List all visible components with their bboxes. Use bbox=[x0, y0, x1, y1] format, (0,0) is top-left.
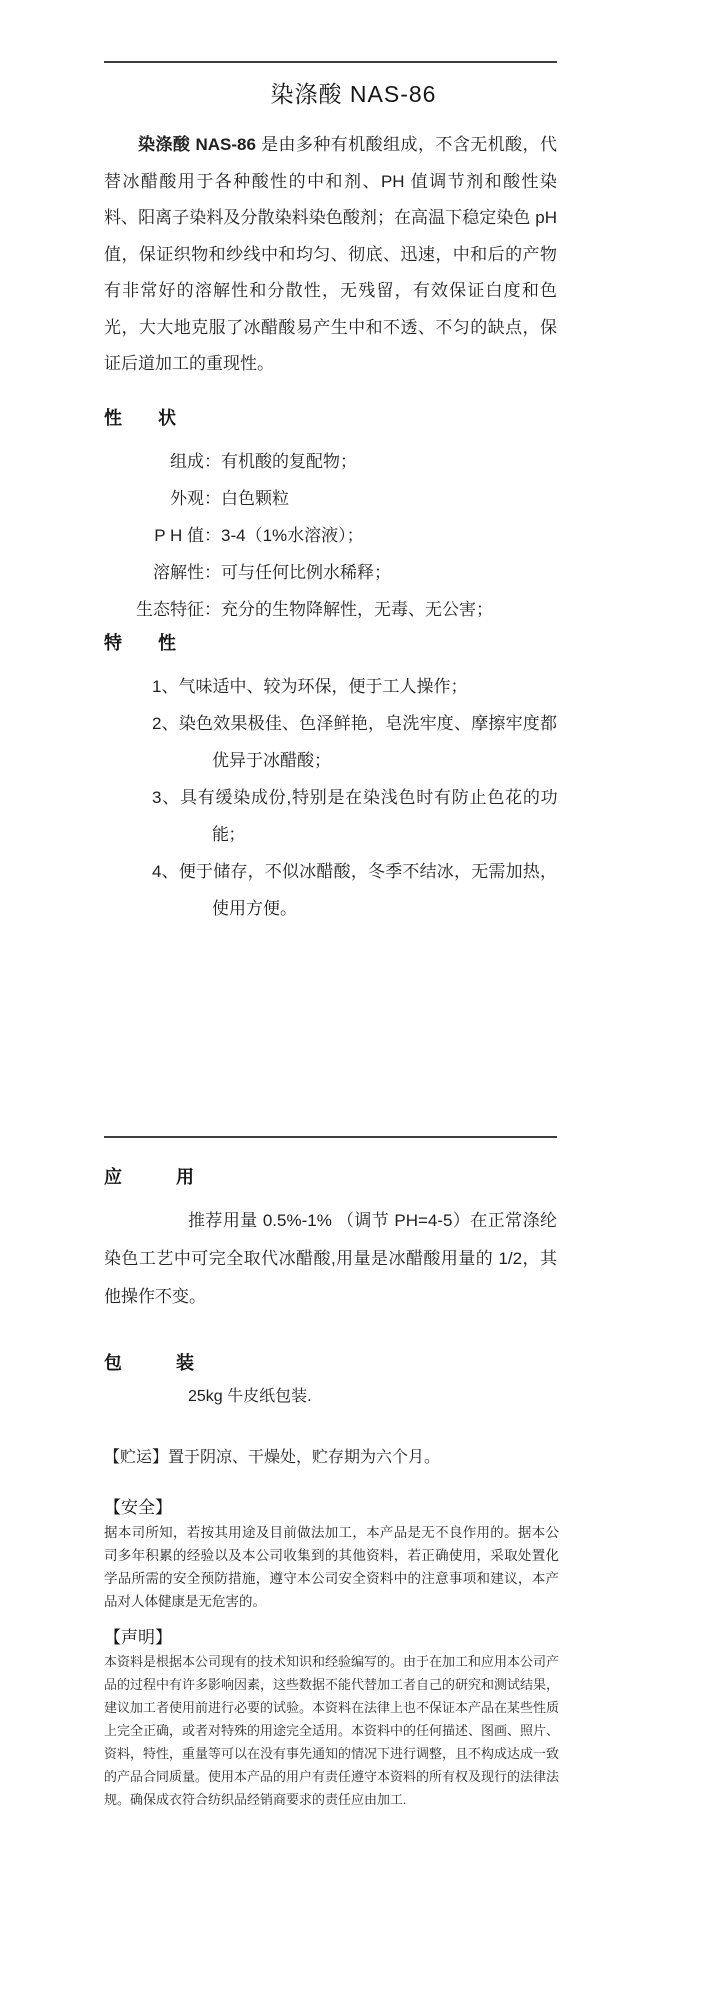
intro-paragraph: 染涤酸 NAS-86 是由多种有机酸组成，不含无机酸，代替冰醋酸用于各种酸性的中… bbox=[104, 127, 557, 383]
property-row-ph: P H 值：3-4（1%水溶液）； bbox=[104, 517, 557, 554]
property-value: ：3-4（1%水溶液）； bbox=[204, 526, 364, 545]
safety-paragraph: 据本司所知，若按其用途及目前做法加工，本产品是无不良作用的。据本公司多年积累的经… bbox=[104, 1522, 559, 1614]
features-list: 1、气味适中、较为环保，便于工人操作； 2、染色效果极佳、色泽鲜艳，皂洗牢度、摩… bbox=[104, 668, 557, 927]
declaration-paragraph: 本资料是根据本公司现有的技术知识和经验编写的。由于在加工和应用本公司产品的过程中… bbox=[104, 1650, 559, 1811]
application-paragraph: 推荐用量 0.5%-1% （调节 PH=4-5）在正常涤纶染色工艺中可完全取代冰… bbox=[104, 1202, 557, 1316]
section-heading-features: 特 性 bbox=[104, 630, 557, 656]
property-label: 组成 bbox=[104, 443, 204, 480]
section-heading-declaration: 【声明】 bbox=[104, 1626, 707, 1650]
property-row-solubility: 溶解性：可与任何比例水稀释； bbox=[104, 554, 557, 591]
section-heading-application: 应 用 bbox=[104, 1164, 557, 1190]
feature-item: 4、便于储存，不似冰醋酸，冬季不结冰，无需加热，使用方便。 bbox=[104, 853, 557, 927]
section-heading-packaging: 包 装 bbox=[104, 1350, 557, 1376]
feature-item: 1、气味适中、较为环保，便于工人操作； bbox=[104, 668, 557, 705]
document-page: 染涤酸 NAS-86 染涤酸 NAS-86 是由多种有机酸组成，不含无机酸，代替… bbox=[0, 0, 707, 2000]
section-heading-properties: 性 状 bbox=[104, 405, 557, 431]
packaging-paragraph: 25kg 牛皮纸包装. bbox=[104, 1384, 557, 1410]
property-value: ：有机酸的复配物； bbox=[204, 452, 357, 471]
storage-note: 【贮运】置于阴凉、干燥处，贮存期为六个月。 bbox=[104, 1446, 557, 1470]
section-heading-safety: 【安全】 bbox=[104, 1496, 707, 1520]
top-divider bbox=[104, 61, 557, 63]
intro-lead-product-name: 染涤酸 NAS-86 bbox=[138, 135, 256, 154]
section-divider bbox=[104, 1136, 557, 1138]
property-label: P H 值 bbox=[104, 517, 204, 554]
property-value: ：白色颗粒 bbox=[204, 489, 289, 508]
intro-text: 是由多种有机酸组成，不含无机酸，代替冰醋酸用于各种酸性的中和剂、PH 值调节剂和… bbox=[104, 135, 557, 373]
property-value: ：可与任何比例水稀释； bbox=[204, 563, 391, 582]
properties-list: 组成：有机酸的复配物； 外观：白色颗粒 P H 值：3-4（1%水溶液）； 溶解… bbox=[104, 443, 557, 628]
property-row-ecology: 生态特征：充分的生物降解性，无毒、无公害； bbox=[104, 591, 557, 628]
property-label: 生态特征 bbox=[104, 591, 204, 628]
property-label: 溶解性 bbox=[104, 554, 204, 591]
property-row-appearance: 外观：白色颗粒 bbox=[104, 480, 557, 517]
property-label: 外观 bbox=[104, 480, 204, 517]
feature-item: 3、具有缓染成份,特别是在染浅色时有防止色花的功能； bbox=[104, 779, 557, 853]
feature-item: 2、染色效果极佳、色泽鲜艳，皂洗牢度、摩擦牢度都优异于冰醋酸； bbox=[104, 705, 557, 779]
property-row-composition: 组成：有机酸的复配物； bbox=[104, 443, 557, 480]
property-value: ：充分的生物降解性，无毒、无公害； bbox=[204, 600, 493, 619]
page-title: 染涤酸 NAS-86 bbox=[0, 77, 707, 111]
